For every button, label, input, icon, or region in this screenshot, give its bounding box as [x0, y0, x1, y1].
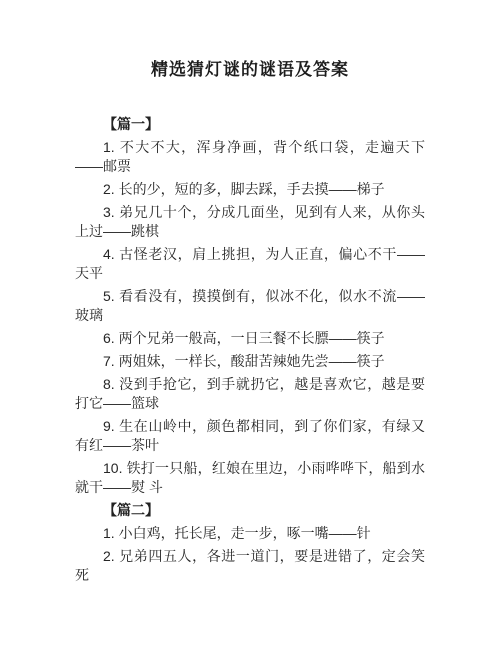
riddle-item-2: 2. 长的少，短的多，脚去踩，手去摸——梯子	[75, 180, 425, 199]
document-page: 精选猜灯谜的谜语及答案 【篇一】 1. 不大不大，浑身净画，背个纸口袋，走遍天下…	[0, 0, 500, 648]
riddle-item-5: 5. 看看没有，摸摸倒有，似冰不化，似水不流——玻璃	[75, 287, 425, 325]
section-two-heading: 【篇二】	[75, 501, 425, 520]
section-two: 【篇二】 1. 小白鸡，托长尾，走一步，啄一嘴——针 2. 兄弟四五人，各进一道…	[75, 501, 425, 585]
riddle-item-9: 9. 生在山岭中，颜色都相同，到了你们家，有绿又有红——茶叶	[75, 417, 425, 455]
section-one-heading: 【篇一】	[75, 115, 425, 134]
page-title: 精选猜灯谜的谜语及答案	[75, 60, 425, 80]
section-one: 【篇一】 1. 不大不大，浑身净画，背个纸口袋，走遍天下——邮票 2. 长的少，…	[75, 115, 425, 497]
riddle-item-3: 3. 弟兄几十个，分成几面坐，见到有人来，从你头上过——跳棋	[75, 203, 425, 241]
riddle-item-8: 8. 没到手抢它，到手就扔它，越是喜欢它，越是要打它——篮球	[75, 375, 425, 413]
riddle-item-2: 2. 兄弟四五人，各进一道门，要是进错了，定会笑死	[75, 547, 425, 585]
riddle-item-10: 10. 铁打一只船，红娘在里边，小雨哗哗下，船到水就干——熨 斗	[75, 459, 425, 497]
riddle-item-6: 6. 两个兄弟一般高，一日三餐不长膘——筷子	[75, 329, 425, 348]
riddle-item-7: 7. 两姐妹，一样长，酸甜苦辣她先尝——筷子	[75, 352, 425, 371]
riddle-item-1: 1. 不大不大，浑身净画，背个纸口袋，走遍天下——邮票	[75, 138, 425, 176]
riddle-item-1: 1. 小白鸡，托长尾，走一步，啄一嘴——针	[75, 524, 425, 543]
riddle-item-4: 4. 古怪老汉，肩上挑担，为人正直，偏心不干——天平	[75, 245, 425, 283]
